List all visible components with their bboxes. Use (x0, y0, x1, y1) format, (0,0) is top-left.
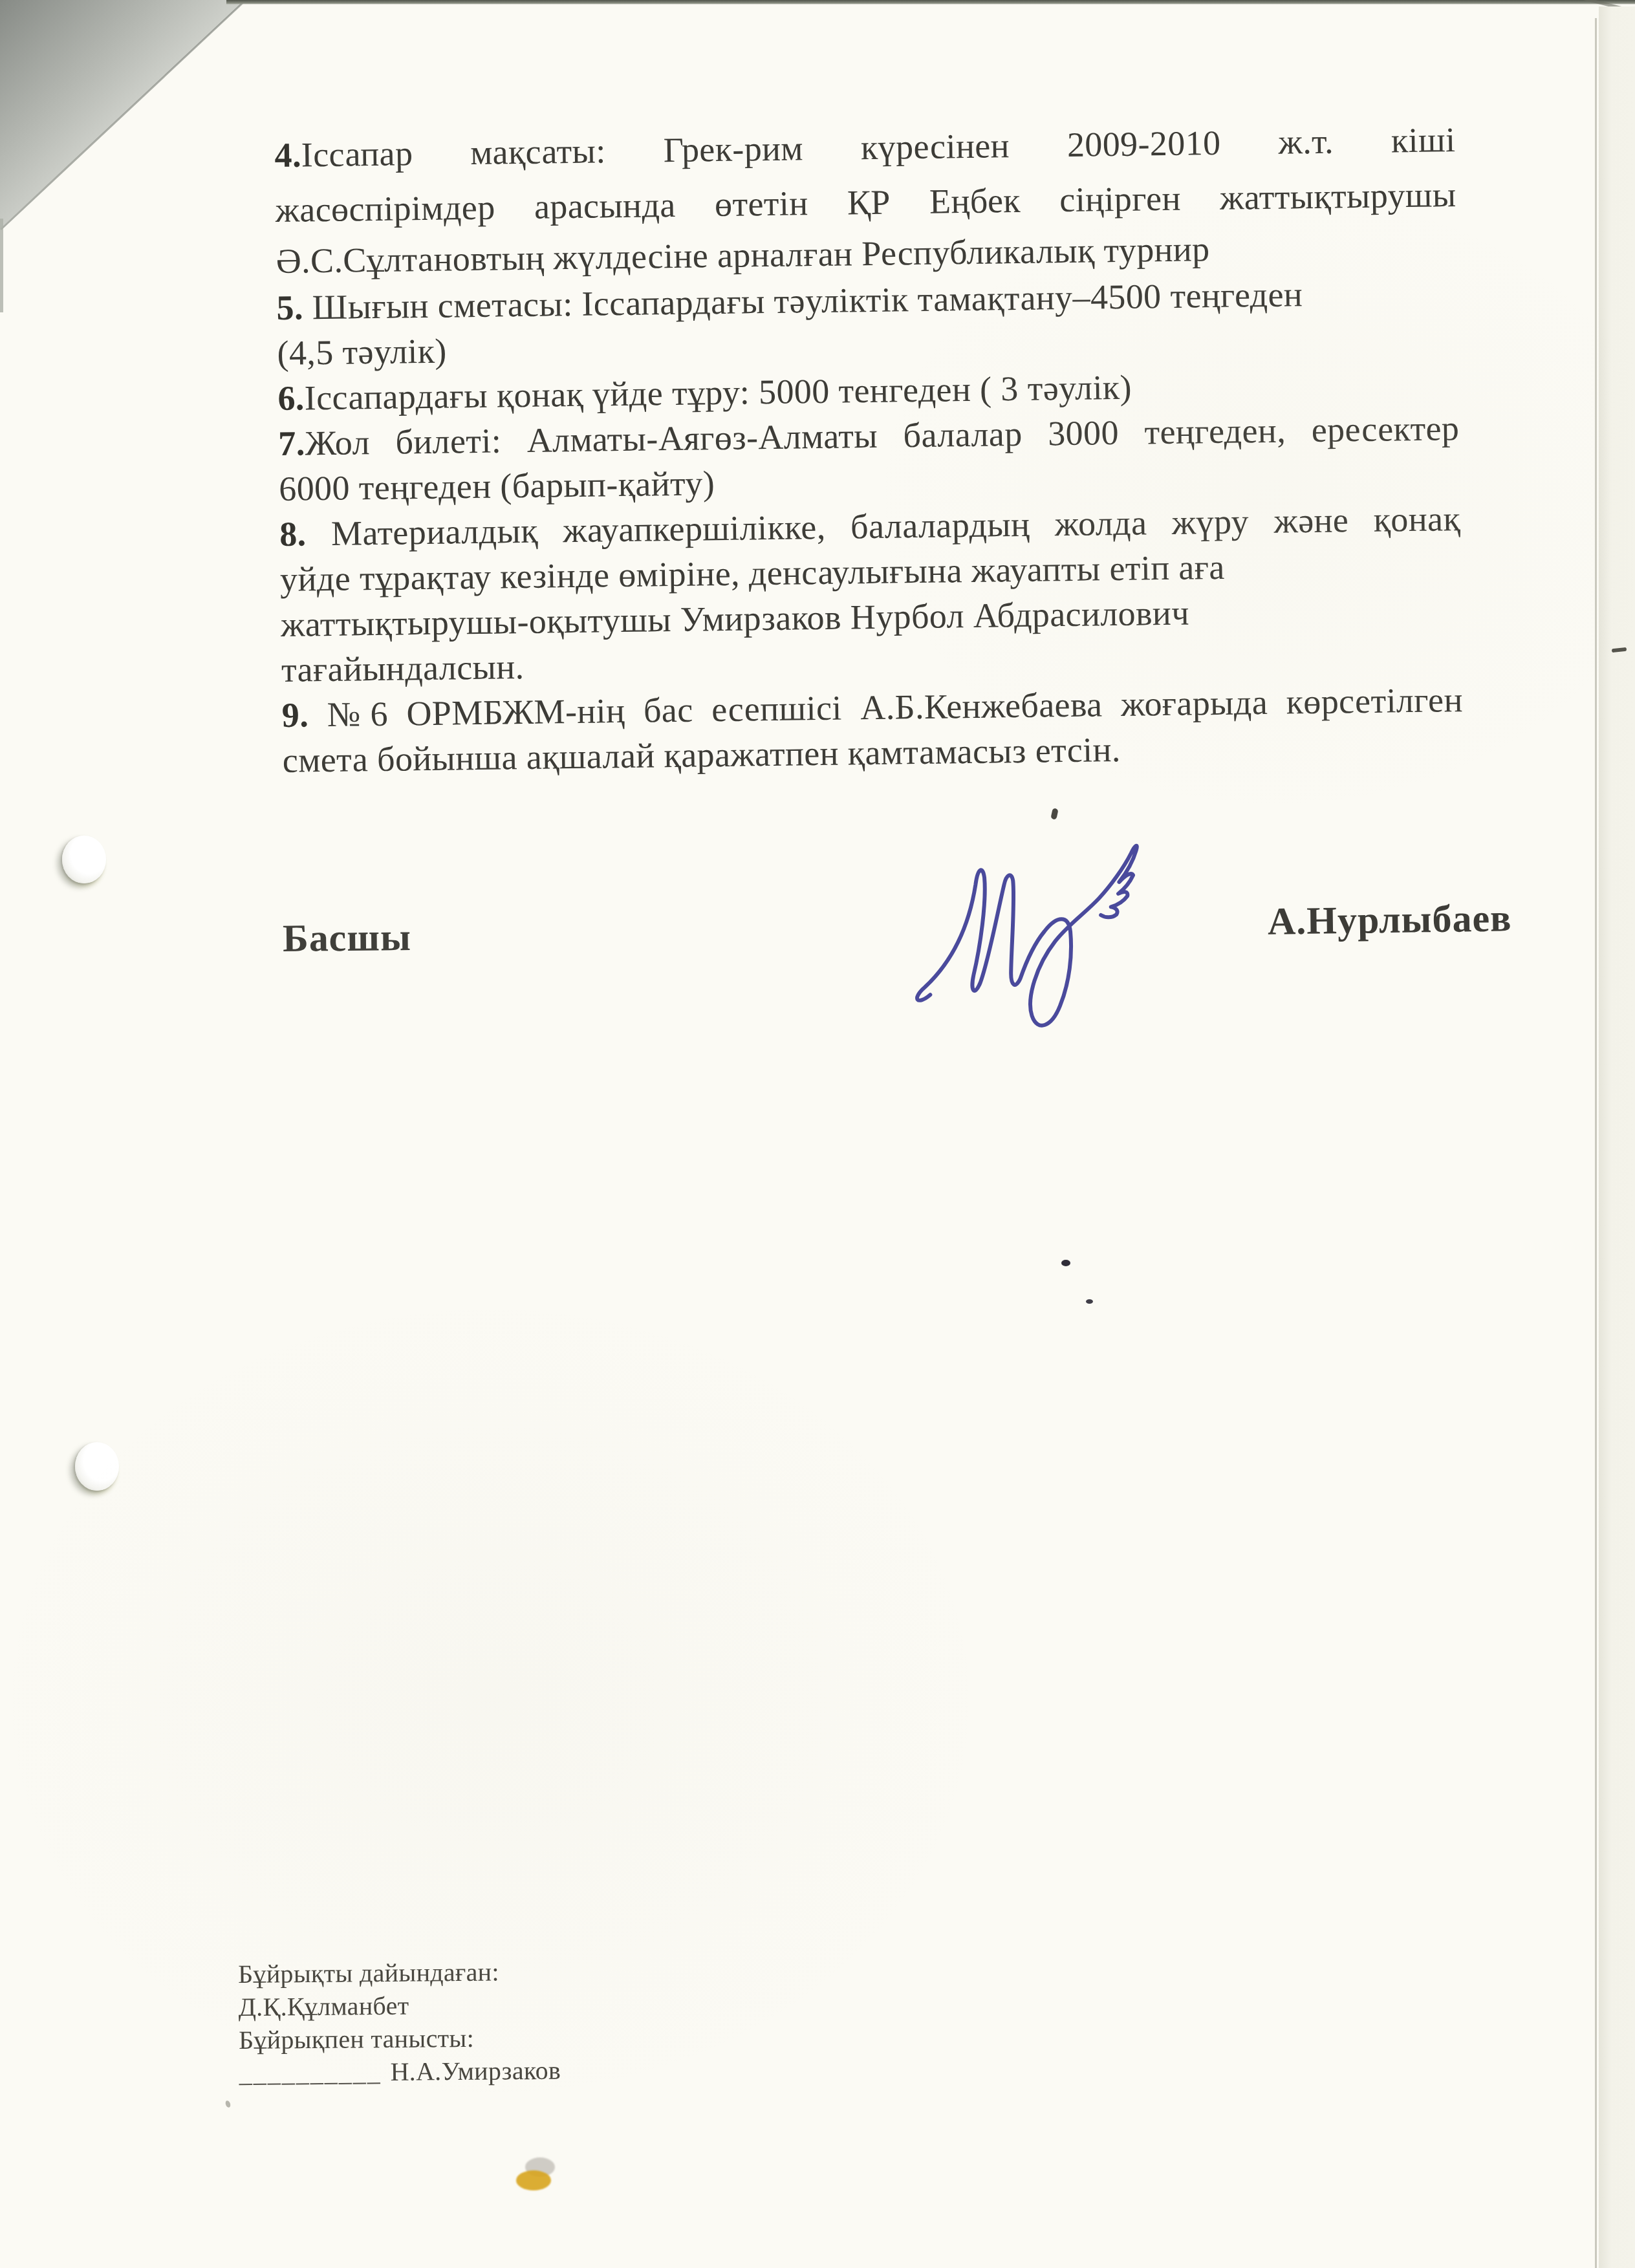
document-page: 4.Іссапар мақсаты: Грек-рим күресінен 20… (0, 0, 1635, 2268)
item-number: 5. (276, 288, 303, 327)
punch-hole (75, 1442, 119, 1491)
item-number: 4. (274, 135, 301, 175)
body-line-text: смета бойынша ақшалай қаражатпен қамтама… (282, 730, 1121, 780)
scan-left-edge-mark (0, 219, 3, 312)
signature-stroke (912, 846, 1143, 1030)
item-number: 8. (279, 514, 307, 554)
body-line-text: жасөспірімдер арасында өтетін ҚР Еңбек с… (275, 175, 1456, 230)
footer-acknowledged-label: Бұйрықпен танысты: (239, 2018, 821, 2057)
role-label: Басшы (283, 915, 412, 961)
scan-right-edge-line (1595, 18, 1597, 2268)
signer-name: А.Нурлыбаев (1268, 896, 1512, 944)
item-number: 6. (277, 378, 305, 418)
scan-right-page-edge (1599, 6, 1635, 2268)
footer-prepared-by: Д.Қ.Құлманбет (238, 1985, 820, 2024)
scan-top-edge-shadow (226, 0, 1635, 5)
ink-speck (224, 2100, 231, 2108)
handwritten-signature-ink (898, 797, 1191, 1065)
body-line-text: Ә.С.Сұлтановтың жүлдесіне арналған Респу… (276, 230, 1210, 281)
paper-debris-speck (516, 2170, 551, 2190)
punch-hole (62, 836, 106, 883)
footer-signature-row: __________Н.А.Умирзаков (239, 2051, 821, 2090)
body-line-text: тағайындалсын. (281, 647, 525, 689)
body-line-text: жаттықтырушы-оқытушы Умирзаков Нурбол Аб… (281, 594, 1189, 644)
scanner-corner-artifact (0, 0, 259, 239)
item-number: 7. (278, 424, 305, 463)
footer-prepared-label: Бұйрықты дайындаған: (238, 1952, 820, 1991)
ink-speck (1061, 1260, 1070, 1266)
footer-acknowledged-by: Н.А.Умирзаков (390, 2056, 561, 2086)
body-line-text: 6000 теңгеден (барып-қайту) (279, 464, 715, 508)
body-line-text: (4,5 тәулік) (277, 332, 447, 373)
body-line-text: Іссапар мақсаты: Грек-рим күресінен 2009… (301, 120, 1455, 174)
signature-blank-line: __________ (239, 2057, 381, 2088)
item-number: 9. (281, 695, 309, 735)
ink-speck (1086, 1299, 1093, 1304)
footer-block: Бұйрықты дайындаған: Д.Қ.Құлманбет Бұйры… (238, 1952, 821, 2090)
body-line-text: Іссапардағы қонақ үйде тұру: 5000 тенгед… (304, 368, 1132, 418)
body-paragraphs: 4.Іссапар мақсаты: Грек-рим күресінен 20… (274, 113, 1464, 783)
